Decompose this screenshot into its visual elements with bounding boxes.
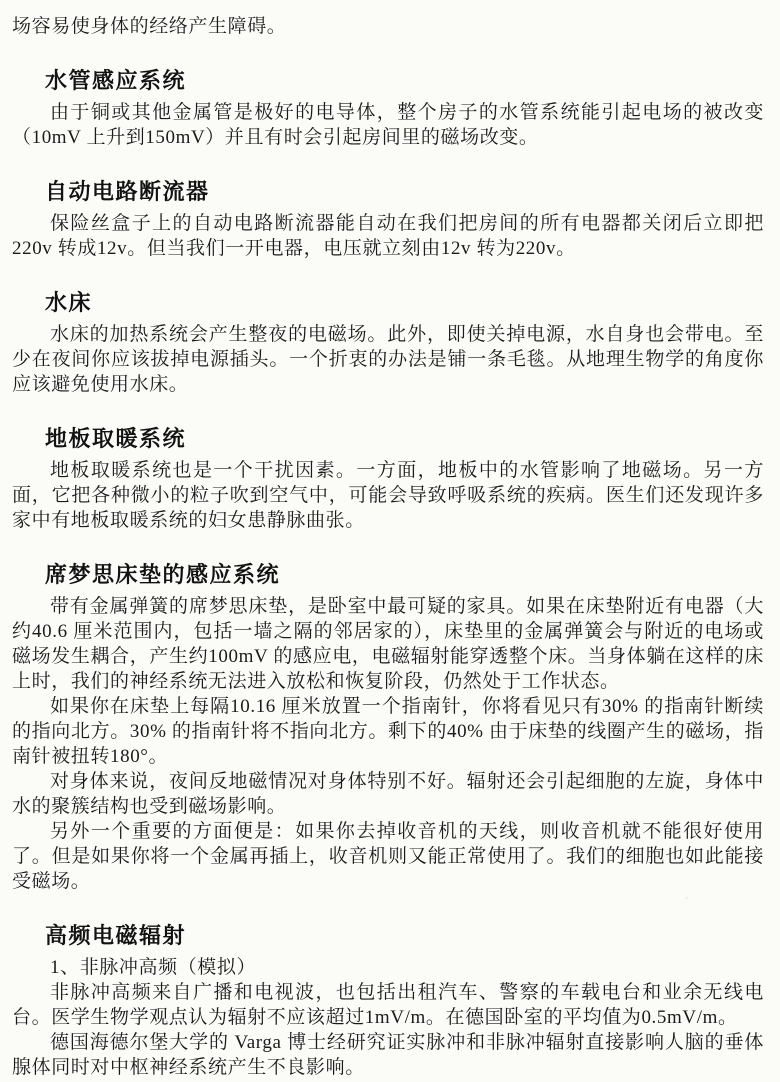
paragraph: 对身体来说，夜间反地磁情况对身体特别不好。辐射还会引起细胞的左旋，身体中水的聚簇…	[12, 769, 764, 819]
section-water-pipe-induction: 水管感应系统 由于铜或其他金属管是极好的电导体，整个房子的水管系统能引起电场的被…	[12, 68, 764, 150]
section-auto-circuit-breaker: 自动电路断流器 保险丝盒子上的自动电路断流器能自动在我们把房间的所有电器都关闭后…	[12, 179, 764, 261]
paragraph: 带有金属弹簧的席梦思床垫，是卧室中最可疑的家具。如果在床垫附近有电器（大约40.…	[12, 594, 764, 694]
paragraph: 水床的加热系统会产生整夜的电磁场。此外，即使关掉电源，水自身也会带电。至少在夜间…	[12, 322, 764, 397]
paragraph: 保险丝盒子上的自动电路断流器能自动在我们把房间的所有电器都关闭后立即把220v …	[12, 211, 764, 261]
numbered-subheading-non-pulsed-hf: 1、非脉冲高频（模拟）	[12, 955, 764, 980]
section-heading-high-frequency-em-radiation: 高频电磁辐射	[45, 923, 764, 948]
section-heading-auto-circuit-breaker: 自动电路断流器	[45, 179, 764, 204]
paragraph: 另外一个重要的方面便是：如果你去掉收音机的天线，则收音机就不能很好使用了。但是如…	[12, 819, 764, 894]
paragraph: 德国海德尔堡大学的 Varga 博士经研究证实脉冲和非脉冲辐射直接影响人脑的垂体…	[12, 1030, 764, 1080]
section-waterbed: 水床 水床的加热系统会产生整夜的电磁场。此外，即使关掉电源，水自身也会带电。至少…	[12, 290, 764, 397]
section-heading-waterbed: 水床	[45, 290, 764, 315]
paragraph: 由于铜或其他金属管是极好的电导体，整个房子的水管系统能引起电场的被改变（10mV…	[12, 100, 764, 150]
paragraph: 如果你在床垫上每隔10.16 厘米放置一个指南针，你将看见只有30% 的指南针断…	[12, 694, 764, 769]
paragraph: 非脉冲高频来自广播和电视波，也包括出租汽车、警察的车载电台和业余无线电台。医学生…	[12, 980, 764, 1030]
scanned-document-page: 场容易使身体的经络产生障碍。 水管感应系统 由于铜或其他金属管是极好的电导体，整…	[0, 0, 780, 1082]
section-high-frequency-em-radiation: 高频电磁辐射 1、非脉冲高频（模拟） 非脉冲高频来自广播和电视波，也包括出租汽车…	[12, 923, 764, 1080]
continuation-paragraph: 场容易使身体的经络产生障碍。	[12, 14, 764, 39]
section-floor-heating: 地板取暖系统 地板取暖系统也是一个干扰因素。一方面，地板中的水管影响了地磁场。另…	[12, 426, 764, 533]
section-heading-spring-mattress-induction: 席梦思床垫的感应系统	[45, 562, 764, 587]
section-spring-mattress-induction: 席梦思床垫的感应系统 带有金属弹簧的席梦思床垫，是卧室中最可疑的家具。如果在床垫…	[12, 562, 764, 894]
section-heading-floor-heating: 地板取暖系统	[45, 426, 764, 451]
section-heading-water-pipe-induction: 水管感应系统	[45, 68, 764, 93]
paragraph: 地板取暖系统也是一个干扰因素。一方面，地板中的水管影响了地磁场。另一方面，它把各…	[12, 458, 764, 533]
